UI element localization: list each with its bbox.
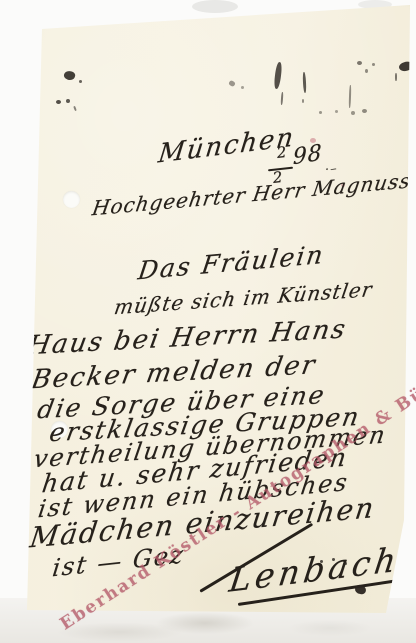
ink-smudge: [372, 63, 375, 66]
ink-smudge: [349, 85, 352, 108]
ink-smudge: [73, 106, 77, 111]
ink-smudge: [228, 80, 236, 87]
ink-smudge: [362, 109, 367, 113]
ink-smudge: [357, 61, 362, 65]
ink-smudge: [398, 61, 413, 73]
ink-smudge: [273, 62, 282, 90]
ink-smudge: [66, 99, 70, 103]
ink-smudge: [395, 73, 397, 81]
date-day: 2: [276, 145, 287, 161]
salutation-line: Hochgeehrter Herr Magnussen: [91, 168, 416, 219]
ink-smudge: [63, 70, 76, 82]
ink-smudge: [241, 86, 244, 89]
date-year: 98: [293, 142, 323, 169]
ink-smudge: [335, 110, 338, 113]
ink-smudge: [302, 99, 304, 103]
ink-smudge: [365, 69, 368, 73]
handwriting-line: Das Fräulein: [136, 242, 326, 284]
ink-smudge: [79, 80, 82, 83]
ink-dot: [332, 558, 335, 561]
handwriting-line: müßte sich im Künstler: [113, 279, 374, 317]
letter-paper: München 2 2 98 ·– Hochgeehrter Herr Magn…: [0, 0, 416, 643]
signature: Lenbach: [227, 542, 402, 597]
ink-smudge: [302, 72, 306, 93]
scanned-letter-page: München 2 2 98 ·– Hochgeehrter Herr Magn…: [0, 0, 416, 643]
ink-smudge: [281, 92, 284, 105]
ink-smudge: [319, 111, 322, 114]
ink-smudge: [56, 100, 61, 104]
ink-smudge: [351, 111, 355, 115]
background-smudge: [192, 0, 238, 13]
ink-dot: [344, 562, 347, 565]
ink-dot: [320, 560, 323, 563]
punch-hole: [63, 191, 80, 208]
